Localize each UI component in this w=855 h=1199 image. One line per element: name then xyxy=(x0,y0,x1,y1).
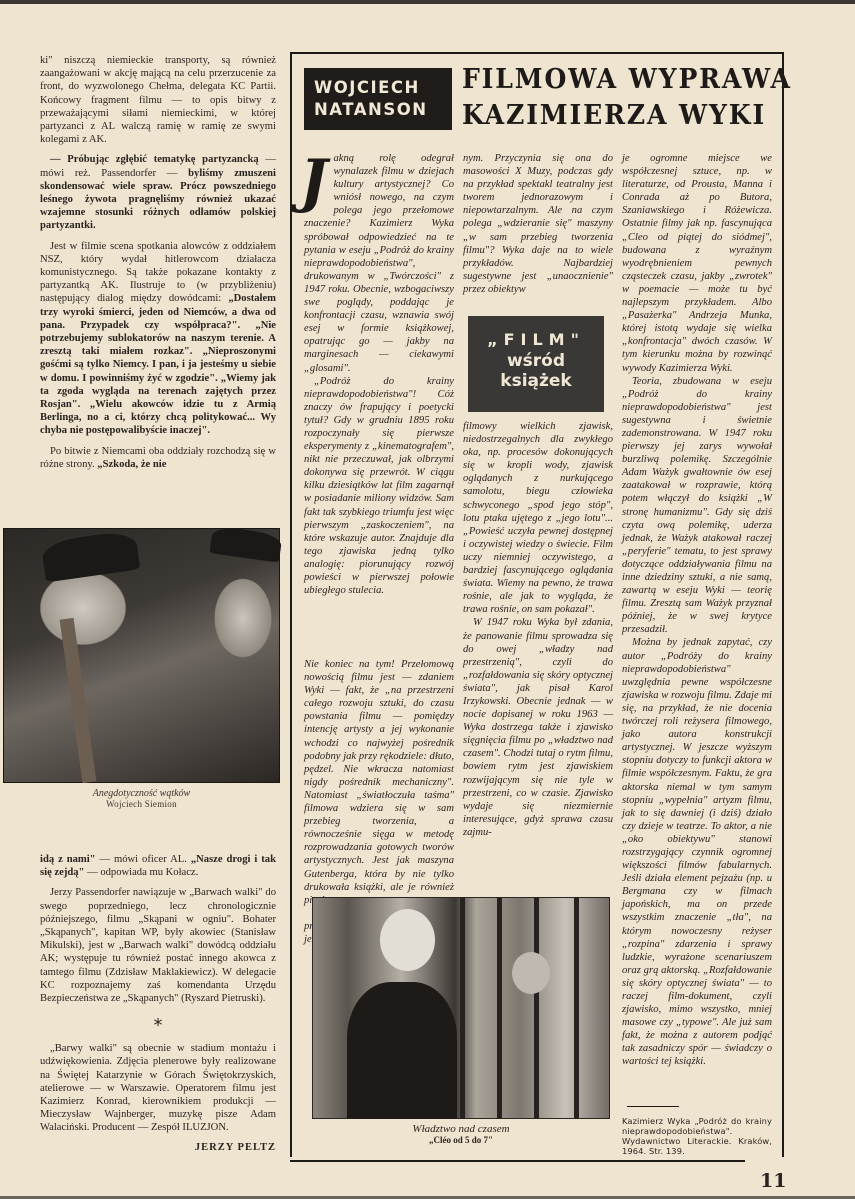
film-still-two-soldiers-photo xyxy=(3,528,280,783)
left-column-top-text: ki" niszczą niemieckie transporty, są ró… xyxy=(40,54,276,478)
paragraph: „Barwy walki" są obecnie w stadium monta… xyxy=(40,1042,276,1134)
page-top-edge xyxy=(0,0,855,4)
page-number: 11 xyxy=(760,1170,786,1192)
article-title: FILMOWA WYPRAWA KAZIMIERZA WYKI xyxy=(462,62,750,134)
paragraph: W 1947 roku Wyka był zdania, że panowani… xyxy=(463,616,613,839)
article-column-2-lower: filmowy wielkich zjawisk, niedostrzegaln… xyxy=(463,420,613,839)
paragraph: Jerzy Passendorfer nawiązuje w „Barwach … xyxy=(40,886,276,1005)
window-bar xyxy=(460,897,465,1119)
photo-caption: Władztwo nad czasem „Cléo od 5 do 7" xyxy=(312,1123,610,1145)
paragraph: idą z nami" — mówi oficer AL. „Nasze dro… xyxy=(40,853,276,879)
woman-dark-hair xyxy=(512,952,550,994)
woman-blonde xyxy=(380,909,435,971)
paragraph: Po bitwie z Niemcami oba oddziały rozcho… xyxy=(40,445,276,471)
black-dress xyxy=(347,982,457,1119)
left-column-bottom-text: idą z nami" — mówi oficer AL. „Nasze dro… xyxy=(40,853,276,1153)
paragraph: ki" niszczą niemieckie transporty, są ró… xyxy=(40,54,276,146)
footnote-rule xyxy=(627,1106,679,1107)
article-frame-bottom-rule xyxy=(290,1160,745,1162)
section-separator: * xyxy=(40,1015,276,1036)
paragraph: nym. Przyczynia się ona do masowości X M… xyxy=(463,152,613,296)
paragraph: Można by jednak zapytać, czy autor „Podr… xyxy=(622,636,772,1068)
paragraph: filmowy wielkich zjawisk, niedostrzegaln… xyxy=(463,420,613,616)
film-among-books-badge: „FILM" wśród książek xyxy=(468,316,604,412)
book-citation-footnote: Kazimierz Wyka „Podróż do krainy niepraw… xyxy=(622,1116,772,1156)
paragraph: Jest w filmie scena spotkania alowców z … xyxy=(40,240,276,438)
paragraph: — Próbując zgłębić tematykę partyzancką … xyxy=(40,153,276,232)
article-column-1: Jakną rolę odegrał wynalazek filmu w dzi… xyxy=(304,152,454,597)
article-column-3: je ogromne miejsce we współczesnej sztuc… xyxy=(622,152,772,1069)
paragraph: Jakną rolę odegrał wynalazek filmu w dzi… xyxy=(304,152,454,375)
paragraph: je ogromne miejsce we współczesnej sztuc… xyxy=(622,152,772,375)
author-box: WOJCIECH NATANSON xyxy=(304,68,452,130)
author-signature: JERZY PELTZ xyxy=(40,1142,276,1153)
article-column-2: nym. Przyczynia się ona do masowości X M… xyxy=(463,152,613,296)
cap xyxy=(209,525,282,562)
window-bar xyxy=(497,897,502,1119)
paragraph: Nie koniec na tym! Przełomową nowością f… xyxy=(304,658,454,907)
drop-cap: J xyxy=(300,156,327,206)
window-bar xyxy=(574,897,579,1119)
rifle xyxy=(60,618,97,783)
paragraph: Teoria, zbudowana w eseju „Podróż do kra… xyxy=(622,375,772,637)
cleo-film-still-photo xyxy=(312,897,610,1119)
photo-caption: Anegdotyczność wątków Wojciech Siemion xyxy=(3,788,280,809)
window-bar xyxy=(534,897,539,1119)
paragraph: „Podróż do krainy nieprawdopodobieństwa"… xyxy=(304,375,454,598)
officer-cap xyxy=(41,530,141,583)
